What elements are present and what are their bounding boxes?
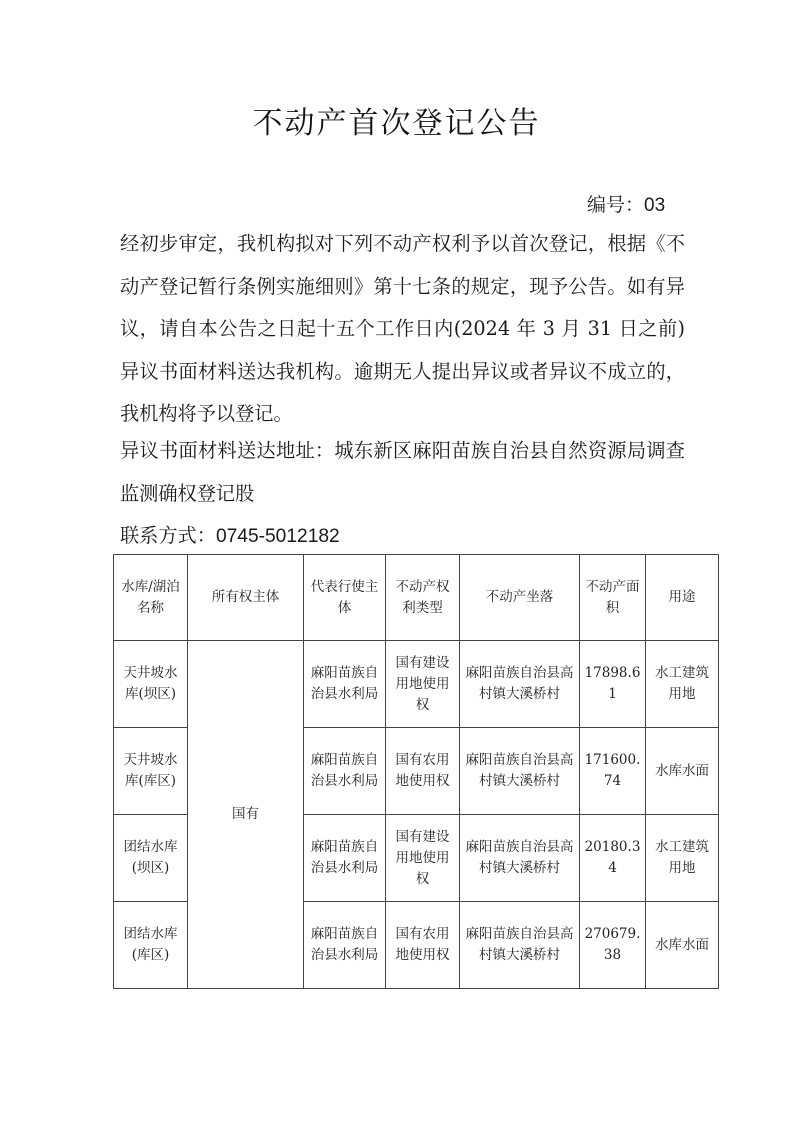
cell-owner-merged: 国有 [188, 641, 304, 989]
cell-usage: 水库水面 [646, 902, 719, 989]
cell-name: 团结水库(库区) [114, 902, 188, 989]
cell-agent: 麻阳苗族自治县水利局 [304, 641, 386, 728]
cell-usage: 水工建筑用地 [646, 641, 719, 728]
cell-location: 麻阳苗族自治县高村镇大溪桥村 [460, 641, 580, 728]
cell-right-type: 国有建设用地使用权 [386, 641, 460, 728]
cell-usage: 水工建筑用地 [646, 815, 719, 902]
table-header-row: 水库/湖泊名称 所有权主体 代表行使主体 不动产权利类型 不动产坐落 不动产面积… [114, 555, 719, 641]
table-row: 天井坡水库(坝区) 国有 麻阳苗族自治县水利局 国有建设用地使用权 麻阳苗族自治… [114, 641, 719, 728]
document-number: 编号：03 [587, 190, 665, 217]
cell-location: 麻阳苗族自治县高村镇大溪桥村 [460, 728, 580, 815]
header-owner: 所有权主体 [188, 555, 304, 641]
cell-agent: 麻阳苗族自治县水利局 [304, 815, 386, 902]
cell-right-type: 国有农用地使用权 [386, 902, 460, 989]
cell-agent: 麻阳苗族自治县水利局 [304, 728, 386, 815]
document-title: 不动产首次登记公告 [0, 98, 793, 142]
header-right-type: 不动产权利类型 [386, 555, 460, 641]
header-agent: 代表行使主体 [304, 555, 386, 641]
registration-table: 水库/湖泊名称 所有权主体 代表行使主体 不动产权利类型 不动产坐落 不动产面积… [113, 554, 719, 989]
contact-phone: 0745-5012182 [216, 526, 340, 547]
document-number-value: 03 [644, 195, 665, 216]
cell-area: 171600.74 [580, 728, 646, 815]
announcement-body: 经初步审定，我机构拟对下列不动产权利予以首次登记，根据《不动产登记暂行条例实施细… [120, 223, 685, 436]
cell-name: 天井坡水库(库区) [114, 728, 188, 815]
cell-area: 17898.61 [580, 641, 646, 728]
objection-address: 异议书面材料送达地址：城东新区麻阳苗族自治县自然资源局调查监测确权登记股 [120, 430, 685, 515]
cell-name: 团结水库(坝区) [114, 815, 188, 902]
cell-name: 天井坡水库(坝区) [114, 641, 188, 728]
cell-location: 麻阳苗族自治县高村镇大溪桥村 [460, 815, 580, 902]
cell-location: 麻阳苗族自治县高村镇大溪桥村 [460, 902, 580, 989]
header-reservoir-name: 水库/湖泊名称 [114, 555, 188, 641]
header-location: 不动产坐落 [460, 555, 580, 641]
cell-area: 270679.38 [580, 902, 646, 989]
header-area: 不动产面积 [580, 555, 646, 641]
cell-usage: 水库水面 [646, 728, 719, 815]
contact-label: 联系方式： [120, 524, 216, 547]
document-number-label: 编号： [587, 194, 644, 216]
header-usage: 用途 [646, 555, 719, 641]
cell-right-type: 国有农用地使用权 [386, 728, 460, 815]
cell-right-type: 国有建设用地使用权 [386, 815, 460, 902]
cell-area: 20180.34 [580, 815, 646, 902]
cell-agent: 麻阳苗族自治县水利局 [304, 902, 386, 989]
contact-info: 联系方式：0745-5012182 [120, 515, 685, 559]
